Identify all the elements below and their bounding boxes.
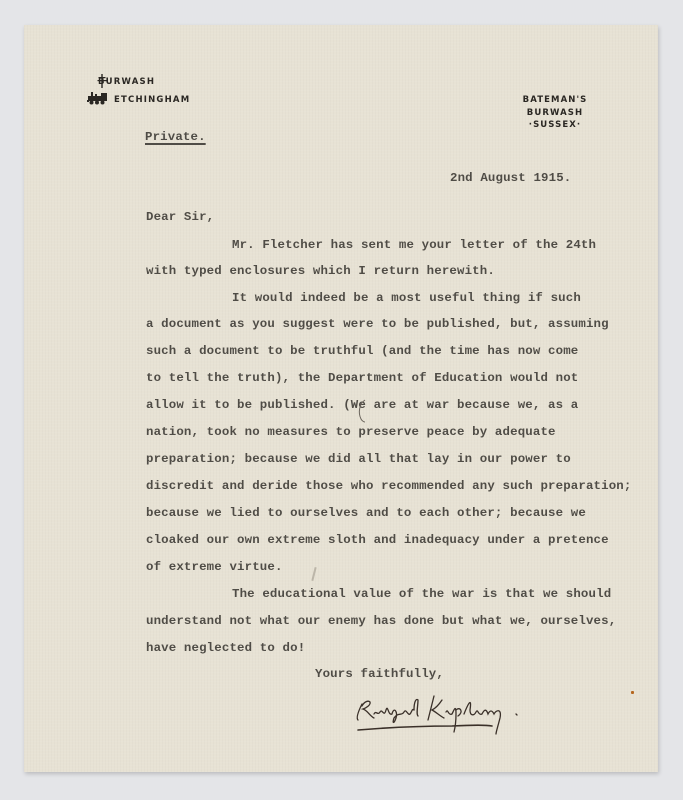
paragraph-2-line-8: discredit and deride those who recommend… [146, 479, 631, 493]
address-line-county: ·SUSSEX· [515, 119, 595, 132]
paragraph-2-line-1: It would indeed be a most useful thing i… [232, 291, 581, 305]
paragraph-2-line-10: cloaked our own extreme sloth and inadeq… [146, 533, 609, 547]
handwritten-signature [352, 690, 542, 740]
paragraph-2-line-3: such a document to be truthful (and the … [146, 344, 578, 358]
private-marking: Private. [145, 130, 206, 144]
paragraph-3-line-1: The educational value of the war is that… [232, 587, 611, 601]
paragraph-1-line-1: Mr. Fletcher has sent me your letter of … [232, 238, 596, 252]
paragraph-3-line-3: have neglected to do! [146, 641, 305, 655]
handwritten-bracket-mark [355, 399, 369, 423]
letterhead-station-burwash: BURWASH [98, 77, 155, 87]
salutation: Dear Sir, [146, 210, 214, 224]
letter-date: 2nd August 1915. [450, 171, 571, 185]
ink-stain-spot [631, 691, 634, 694]
paragraph-2-line-2: a document as you suggest were to be pub… [146, 317, 609, 331]
paragraph-2-line-9: because we lied to ourselves and to each… [146, 506, 586, 520]
address-line-village: BURWASH [515, 107, 595, 120]
address-line-house: BATEMAN'S [515, 94, 595, 107]
train-locomotive-icon [87, 91, 109, 105]
letterhead-address: BATEMAN'S BURWASH ·SUSSEX· [515, 94, 595, 132]
paragraph-1-line-2: with typed enclosures which I return her… [146, 264, 495, 278]
letterhead-station-etchingham: ETCHINGHAM [114, 95, 190, 105]
paragraph-2-line-7: preparation; because we did all that lay… [146, 452, 571, 466]
closing: Yours faithfully, [315, 667, 444, 681]
paragraph-2-line-6: nation, took no measures to preserve pea… [146, 425, 556, 439]
paragraph-2-line-11: of extreme virtue. [146, 560, 283, 574]
paragraph-2-line-4: to tell the truth), the Department of Ed… [146, 371, 578, 385]
paragraph-3-line-2: understand not what our enemy has done b… [146, 614, 616, 628]
